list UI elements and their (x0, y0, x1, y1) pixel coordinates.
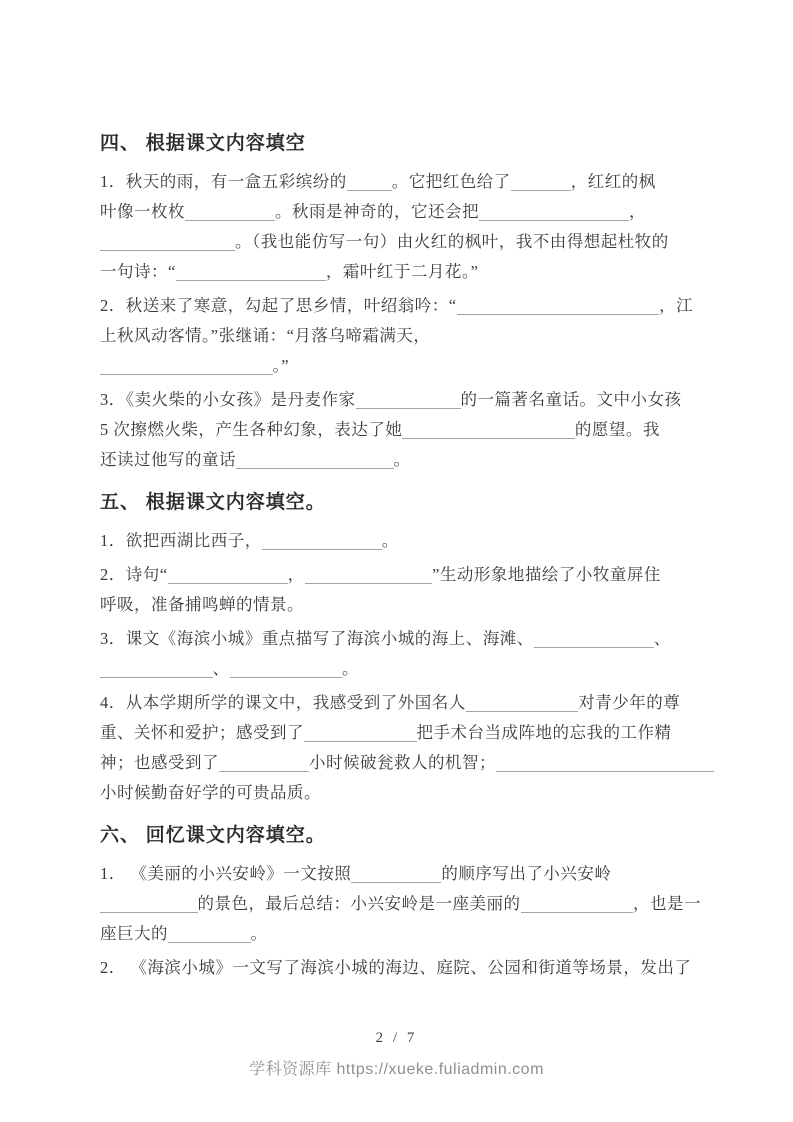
text-line: 1．秋天的雨，有一盒五彩缤纷的。它把红色给了，红红的枫 (100, 167, 703, 197)
text-line: 1． 《美丽的小兴安岭》一文按照的顺序写出了小兴安岭 (100, 859, 703, 889)
worksheet-section: 六、 回忆课文内容填空。1． 《美丽的小兴安岭》一文按照的顺序写出了小兴安岭的景… (100, 820, 703, 983)
question: 4．从本学期所学的课文中，我感受到了外国名人对青少年的尊重、关怀和爱护；感受到了… (100, 688, 703, 808)
fill-in-blank (305, 569, 433, 584)
fill-in-blank (511, 176, 571, 191)
text-line: 上秋风动客情。”张继诵：“月落乌啼霜满天， (100, 321, 703, 351)
fill-in-blank (100, 360, 273, 375)
fill-in-blank (168, 569, 288, 584)
question: 3．《卖火柴的小女孩》是丹麦作家的一篇著名童话。文中小女孩5 次擦燃火柴，产生各… (100, 385, 703, 475)
text-line: 重、关怀和爱护；感受到了把手术台当成阵地的忘我的工作精 (100, 718, 703, 748)
fill-in-blank (176, 266, 326, 281)
fill-in-blank (347, 176, 392, 191)
worksheet-page: 四、 根据课文内容填空1．秋天的雨，有一盒五彩缤纷的。它把红色给了，红红的枫叶像… (0, 0, 793, 1122)
text-line: 小时候勤奋好学的可贵品质。 (100, 778, 703, 808)
fill-in-blank (262, 535, 382, 550)
fill-in-blank (521, 898, 634, 913)
text-line: 2．秋送来了寒意，勾起了思乡情，叶绍翁吟：“，江 (100, 291, 703, 321)
text-line: 。” (100, 351, 703, 381)
page-footer: 2 / 7 学科资源库 https://xueke.fuliadmin.com (0, 1030, 793, 1079)
fill-in-blank (168, 928, 251, 943)
fill-in-blank (479, 206, 629, 221)
text-line: 1．欲把西湖比西子，。 (100, 526, 703, 556)
section-heading: 四、 根据课文内容填空 (100, 128, 703, 155)
document-content: 四、 根据课文内容填空1．秋天的雨，有一盒五彩缤纷的。它把红色给了，红红的枫叶像… (100, 128, 703, 983)
watermark-source-link: 学科资源库 https://xueke.fuliadmin.com (0, 1056, 793, 1079)
fill-in-blank (457, 300, 660, 315)
worksheet-section: 四、 根据课文内容填空1．秋天的雨，有一盒五彩缤纷的。它把红色给了，红红的枫叶像… (100, 128, 703, 475)
fill-in-blank (100, 898, 198, 913)
text-line: 、。 (100, 654, 703, 684)
fill-in-blank (402, 424, 575, 439)
question: 3．课文《海滨小城》重点描写了海滨小城的海上、海滩、、、。 (100, 624, 703, 684)
fill-in-blank (185, 206, 275, 221)
question: 1．欲把西湖比西子，。 (100, 526, 703, 556)
text-line: 座巨大的。 (100, 919, 703, 949)
text-line: 还读过他写的童话。 (100, 445, 703, 475)
fill-in-blank (100, 663, 213, 678)
worksheet-section: 五、 根据课文内容填空。1．欲把西湖比西子，。2．诗句“，”生动形象地描绘了小牧… (100, 487, 703, 808)
text-line: 2．诗句“，”生动形象地描绘了小牧童屏住 (100, 560, 703, 590)
text-line: 的景色，最后总结：小兴安岭是一座美丽的，也是一 (100, 889, 703, 919)
fill-in-blank (496, 757, 714, 772)
question: 1．秋天的雨，有一盒五彩缤纷的。它把红色给了，红红的枫叶像一枚枚。秋雨是神奇的，… (100, 167, 703, 287)
text-line: 4．从本学期所学的课文中，我感受到了外国名人对青少年的尊 (100, 688, 703, 718)
question: 2．秋送来了寒意，勾起了思乡情，叶绍翁吟：“，江上秋风动客情。”张继诵：“月落乌… (100, 291, 703, 381)
fill-in-blank (356, 394, 461, 409)
text-line: 5 次擦燃火柴，产生各种幻象，表达了她的愿望。我 (100, 415, 703, 445)
text-line: 。（我也能仿写一句）由火红的枫叶，我不由得想起杜牧的 (100, 227, 703, 257)
question: 1． 《美丽的小兴安岭》一文按照的顺序写出了小兴安岭的景色，最后总结：小兴安岭是… (100, 859, 703, 949)
text-line: 神；也感受到了小时候破瓮救人的机智； (100, 748, 703, 778)
fill-in-blank (351, 868, 441, 883)
fill-in-blank (230, 663, 343, 678)
text-line: 3．《卖火柴的小女孩》是丹麦作家的一篇著名童话。文中小女孩 (100, 385, 703, 415)
page-indicator: 2 / 7 (0, 1030, 793, 1047)
text-line: 叶像一枚枚。秋雨是神奇的，它还会把， (100, 197, 703, 227)
fill-in-blank (219, 757, 309, 772)
section-heading: 六、 回忆课文内容填空。 (100, 820, 703, 847)
fill-in-blank (100, 236, 235, 251)
text-line: 一句诗：“，霜叶红于二月花。” (100, 257, 703, 287)
fill-in-blank (304, 727, 417, 742)
text-line: 呼吸，准备捕鸣蝉的情景。 (100, 590, 703, 620)
fill-in-blank (534, 633, 654, 648)
text-line: 2． 《海滨小城》一文写了海滨小城的海边、庭院、公园和街道等场景，发出了 (100, 953, 703, 983)
fill-in-blank (466, 697, 579, 712)
fill-in-blank (236, 454, 394, 469)
text-line: 3．课文《海滨小城》重点描写了海滨小城的海上、海滩、、 (100, 624, 703, 654)
section-heading: 五、 根据课文内容填空。 (100, 487, 703, 514)
question: 2．诗句“，”生动形象地描绘了小牧童屏住呼吸，准备捕鸣蝉的情景。 (100, 560, 703, 620)
question: 2． 《海滨小城》一文写了海滨小城的海边、庭院、公园和街道等场景，发出了 (100, 953, 703, 983)
